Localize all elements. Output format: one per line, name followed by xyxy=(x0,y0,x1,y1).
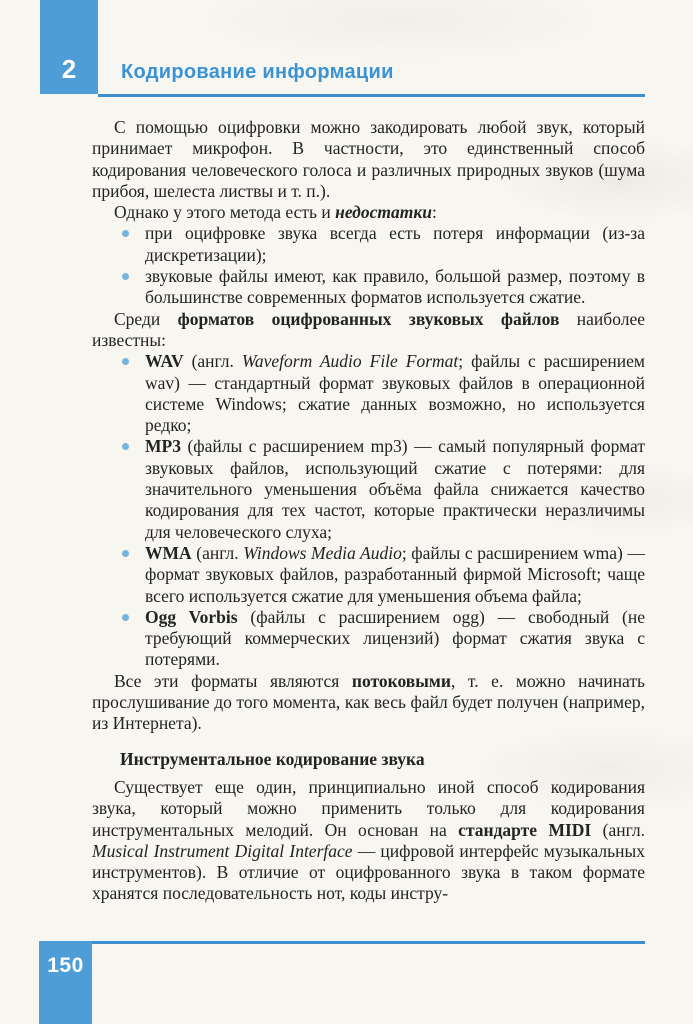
bullet-list: WAV (англ. Waveform Audio File Format; ф… xyxy=(92,351,645,670)
bullet-list: при оцифровке звука всегда есть потеря и… xyxy=(92,223,645,308)
text-segment: MP3 xyxy=(145,436,181,456)
text-segment: WAV xyxy=(145,351,184,371)
page-number-box: 150 xyxy=(39,941,92,1024)
header-rule xyxy=(98,94,645,97)
bullet-icon xyxy=(122,273,129,280)
textbook-page: 2 Кодирование информации С помощью оцифр… xyxy=(0,0,693,1024)
paragraph: С помощью оцифровки можно закодировать л… xyxy=(92,117,645,202)
paragraph: Существует еще один, принципиально иной … xyxy=(92,777,645,905)
text-segment: Инструментальное кодирование звука xyxy=(120,749,425,769)
text-segment: Ogg Vorbis xyxy=(145,607,238,627)
list-item: звуковые файлы имеют, как правило, больш… xyxy=(92,266,645,309)
paragraph: Все эти форматы являются потоковыми, т. … xyxy=(92,671,645,735)
bullet-icon xyxy=(122,358,129,365)
text-segment: потоковыми xyxy=(352,671,451,691)
text-segment: Waveform Audio File Format xyxy=(242,351,458,371)
page-number: 150 xyxy=(39,941,92,978)
list-item: Ogg Vorbis (файлы с расширением ogg) — с… xyxy=(92,607,645,671)
chapter-title: Кодирование информации xyxy=(121,61,394,84)
text-segment: Среди xyxy=(114,309,178,329)
text-segment: WMA xyxy=(145,543,192,563)
text-segment: (англ. xyxy=(184,351,242,371)
paragraph: Среди форматов оцифрованных звуковых фай… xyxy=(92,309,645,352)
bullet-icon xyxy=(122,443,129,450)
chapter-number: 2 xyxy=(40,54,98,85)
text-segment: Однако у этого метода есть и xyxy=(114,202,335,222)
list-item: WAV (англ. Waveform Audio File Format; ф… xyxy=(92,351,645,436)
list-item: MP3 (файлы с расширением mp3) — самый по… xyxy=(92,436,645,542)
paragraph: Однако у этого метода есть и недостатки: xyxy=(92,202,645,223)
list-item: WMA (англ. Windows Media Audio; файлы с … xyxy=(92,543,645,607)
bullet-icon xyxy=(122,614,129,621)
chapter-tab: 2 xyxy=(40,0,98,94)
text-segment: Windows Media Audio xyxy=(243,543,402,563)
footer-rule xyxy=(92,941,645,944)
text-segment: Все эти форматы являются xyxy=(114,671,352,691)
text-segment: стандарте MIDI xyxy=(458,820,591,840)
list-item: при оцифровке звука всегда есть потеря и… xyxy=(92,223,645,266)
text-segment: Musical Instrument Digital Interface xyxy=(92,841,353,861)
text-segment: : xyxy=(432,202,437,222)
page-body-text: С помощью оцифровки можно закодировать л… xyxy=(92,117,645,905)
text-segment: (англ. xyxy=(192,543,244,563)
text-segment: при оцифровке звука всегда есть потеря и… xyxy=(145,223,645,264)
text-segment: форматов оцифрованных звуковых файлов xyxy=(178,309,560,329)
text-segment: (англ. xyxy=(591,820,645,840)
section-heading: Инструментальное кодирование звука xyxy=(92,749,645,770)
bullet-icon xyxy=(122,230,129,237)
text-segment: недостатки xyxy=(335,202,432,222)
bullet-icon xyxy=(122,550,129,557)
text-segment: С помощью оцифровки можно закодировать л… xyxy=(92,117,645,201)
text-segment: звуковые файлы имеют, как правило, больш… xyxy=(145,266,645,307)
text-segment: (файлы с расширением mp3) — самый популя… xyxy=(145,436,645,541)
